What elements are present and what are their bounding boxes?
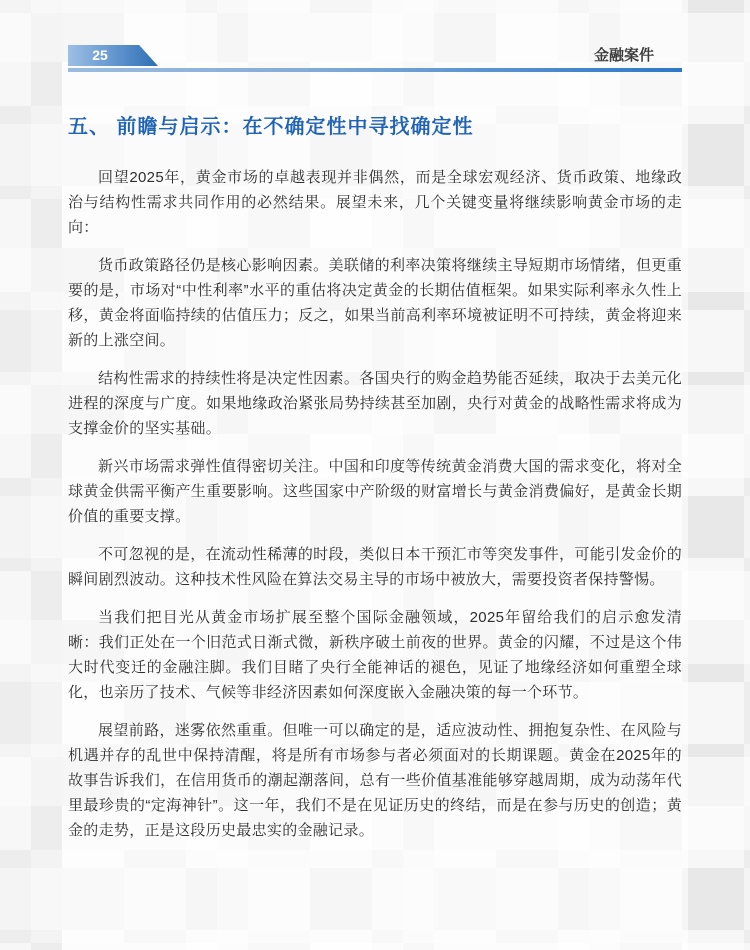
paragraph: 回望2025年，黄金市场的卓越表现并非偶然，而是全球宏观经济、货币政策、地缘政治… (68, 165, 682, 240)
page-number-badge: 25 (68, 45, 158, 66)
paragraph: 货币政策路径仍是核心影响因素。美联储的利率决策将继续主导短期市场情绪，但更重要的… (68, 253, 682, 353)
paragraph: 新兴市场需求弹性值得密切关注。中国和印度等传统黄金消费大国的需求变化，将对全球黄… (68, 454, 682, 529)
article-title: 五、 前瞻与启示：在不确定性中寻找确定性 (68, 110, 682, 139)
paragraph: 不可忽视的是，在流动性稀薄的时段，类似日本干预汇市等突发事件，可能引发金价的瞬间… (68, 542, 682, 592)
section-label: 金融案件 (594, 45, 682, 66)
paragraph: 当我们把目光从黄金市场扩展至整个国际金融领域，2025年留给我们的启示愈发清晰：… (68, 605, 682, 705)
document-page: 25 金融案件 五、 前瞻与启示：在不确定性中寻找确定性 回望2025年，黄金市… (0, 0, 750, 950)
paragraph: 结构性需求的持续性将是决定性因素。各国央行的购金趋势能否延续，取决于去美元化进程… (68, 366, 682, 441)
article-body: 回望2025年，黄金市场的卓越表现并非偶然，而是全球宏观经济、货币政策、地缘政治… (68, 165, 682, 843)
page-header: 25 金融案件 (68, 45, 682, 66)
header-rule (68, 68, 682, 72)
page-number: 25 (68, 45, 132, 66)
page-surface: 25 金融案件 五、 前瞻与启示：在不确定性中寻找确定性 回望2025年，黄金市… (62, 0, 688, 950)
paragraph: 展望前路，迷雾依然重重。但唯一可以确定的是，适应波动性、拥抱复杂性、在风险与机遇… (68, 718, 682, 843)
